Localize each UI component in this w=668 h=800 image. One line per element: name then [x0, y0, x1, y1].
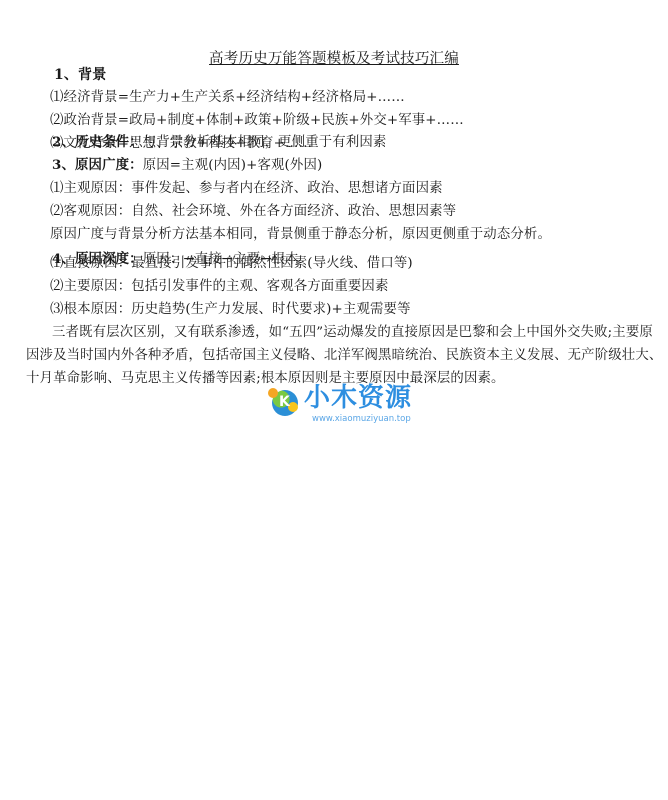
watermark-brand: 小木资源	[304, 384, 412, 412]
text-line: ⑵政治背景=政局+制度+体制+政策+阶级+民族+外交+军事+……	[50, 112, 464, 130]
text-line: 三者既有层次区别，又有联系渗透，如“五四”运动爆发的直接原因是巴黎和会上中国外交…	[52, 324, 653, 342]
watermark: K 小木资源 www.xiaomuziyuan.top	[268, 384, 428, 424]
logo-dot-icon	[268, 388, 278, 398]
text-line: 原因广度与背景分析方法基本相同，背景侧重于静态分析，原因更侧重于动态分析。	[50, 226, 551, 244]
watermark-url: www.xiaomuziyuan.top	[312, 414, 411, 424]
text-line: 十月革命影响、马克思主义传播等因素;根本原因则是主要原因中最深层的因素。	[26, 370, 505, 388]
heading-text: 与背景分析基本相同，更侧重于有利因素	[143, 135, 387, 150]
text-line: ⑴经济背景=生产力+生产关系+经济结构+经济格局+……	[50, 89, 405, 107]
heading-label: 3、原因广度：	[52, 157, 143, 173]
heading-text: 原因=主观(内因)+客观(外因)	[143, 158, 323, 173]
text-line: ⑵客观原因：自然、社会环境、外在各方面经济、政治、思想因素等	[50, 203, 456, 221]
logo-letter: K	[279, 394, 290, 410]
heading-label: 2、历史条件：	[52, 134, 143, 150]
text-line: ⑶根本原因：历史趋势(生产力发展、时代要求)+主观需要等	[50, 301, 411, 319]
document-page: 高考历史万能答题模板及考试技巧汇编 1、背景 ⑴经济背景=生产力+生产关系+经济…	[0, 0, 668, 800]
heading-historical-conditions: 2、历史条件：与背景分析基本相同，更侧重于有利因素	[52, 133, 386, 152]
heading-background: 1、背景	[54, 66, 106, 84]
document-title: 高考历史万能答题模板及考试技巧汇编	[0, 47, 668, 68]
heading-cause-breadth: 3、原因广度：原因=主观(内因)+客观(外因)	[52, 156, 322, 175]
text-line: 因涉及当时国内外各种矛盾，包括帝国主义侵略、北洋军阀黑暗统治、民族资本主义发展、…	[26, 347, 662, 365]
text-line: ⑴直接原因：最直接引发事件的偶然性因素(导火线、借口等)	[50, 255, 413, 273]
text-line: ⑴主观原因：事件发起、参与者内在经济、政治、思想诸方面因素	[50, 180, 443, 198]
text-line: ⑵主要原因：包括引发事件的主观、客观各方面重要因素	[50, 278, 389, 296]
